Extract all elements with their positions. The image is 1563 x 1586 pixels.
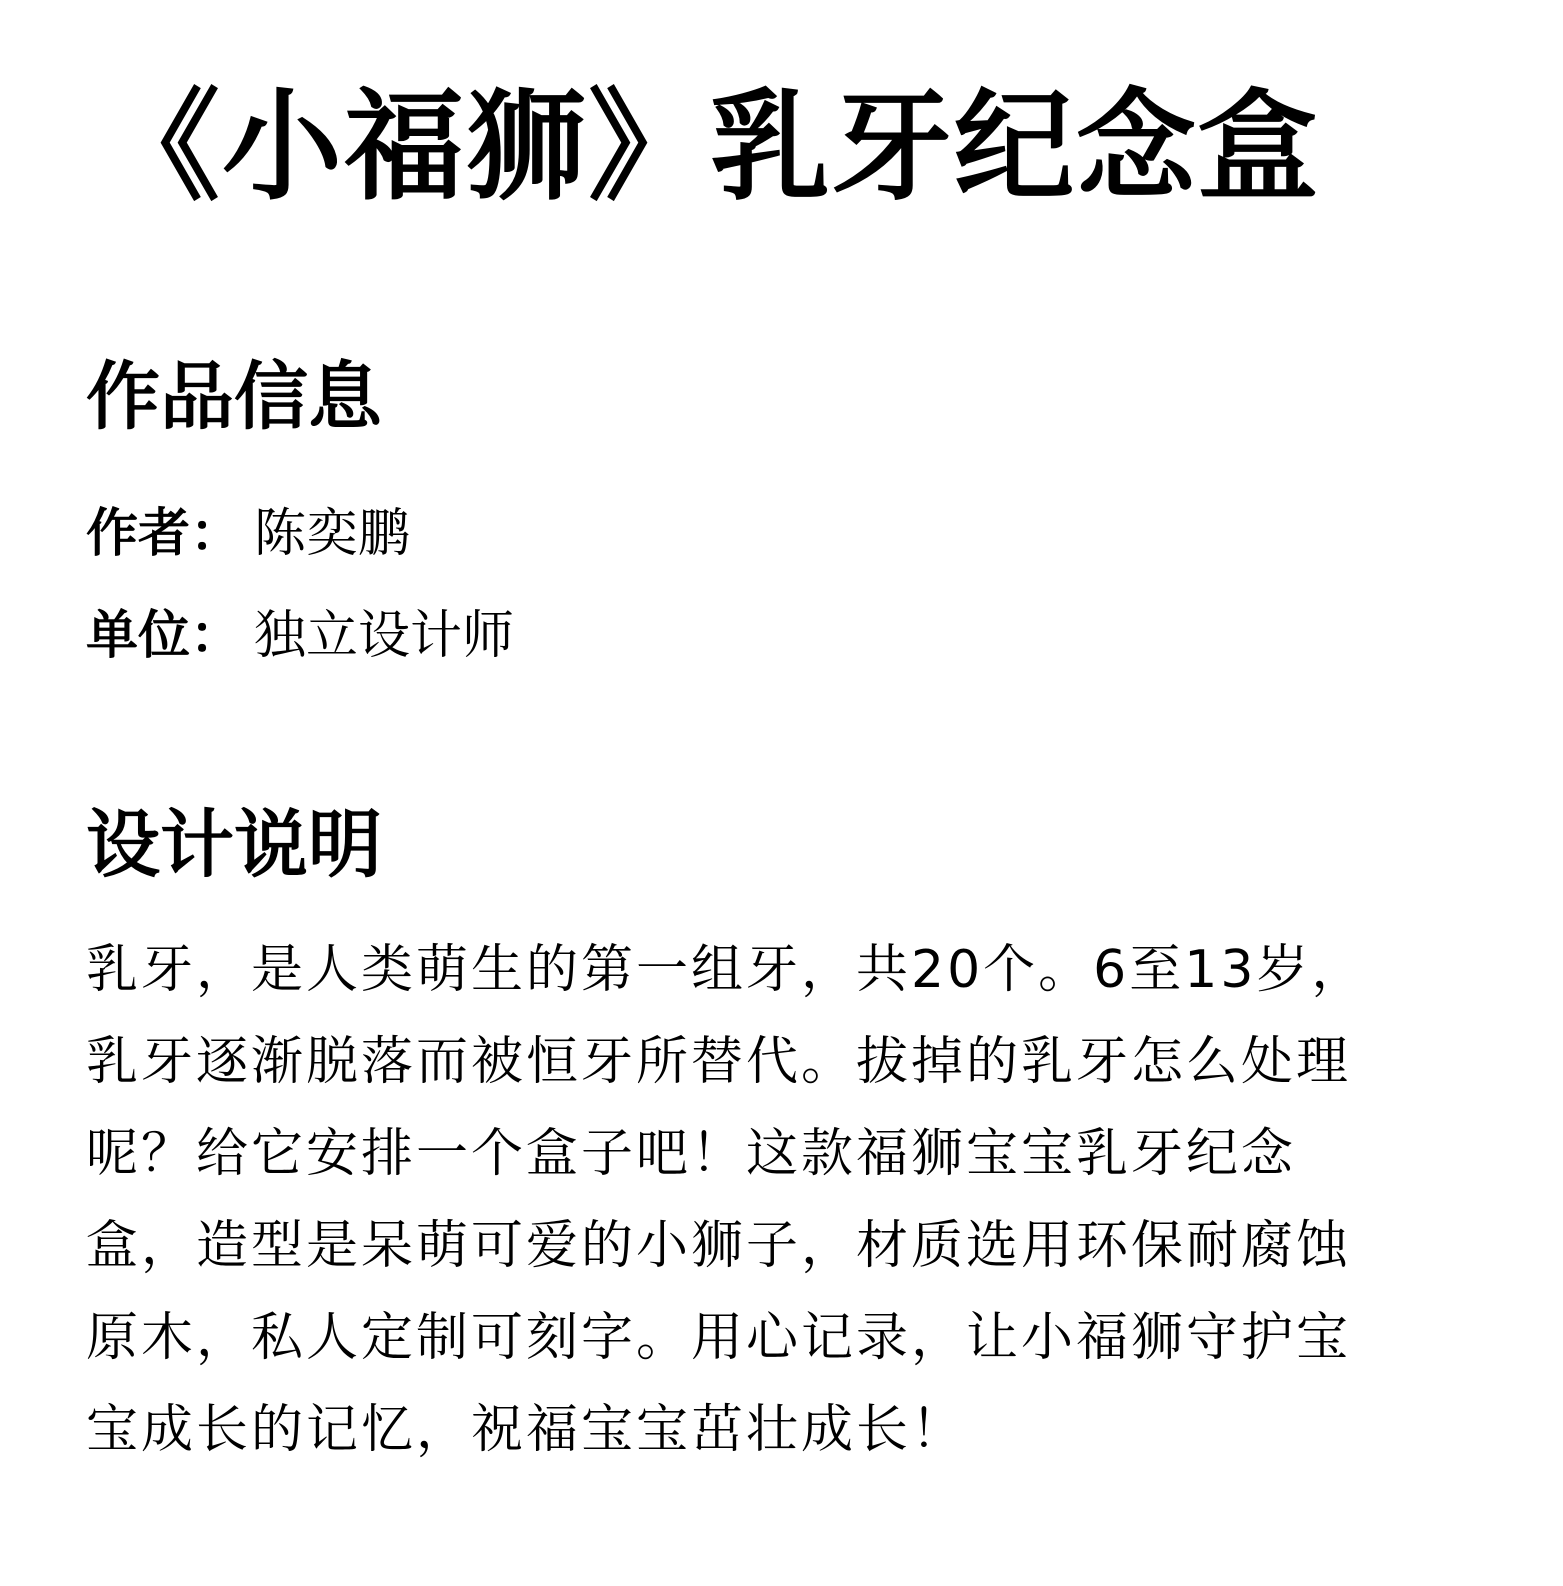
description-line: 乳牙逐渐脱落而被恒牙所替代。拔掉的乳牙怎么处理 — [86, 1016, 1486, 1108]
description-line: 宝成长的记忆，祝福宝宝茁壮成长！ — [86, 1384, 1486, 1476]
organization-row: 单位：独立设计师 — [86, 604, 514, 668]
author-row: 作者：陈奕鹏 — [86, 502, 410, 566]
description-line: 乳牙，是人类萌生的第一组牙，共20个。6至13岁， — [86, 924, 1486, 1016]
organization-label: 单位： — [86, 606, 242, 666]
description-line: 呢？给它安排一个盒子吧！这款福狮宝宝乳牙纪念 — [86, 1108, 1486, 1200]
author-label: 作者： — [86, 504, 242, 564]
description-line: 原木，私人定制可刻字。用心记录，让小福狮守护宝 — [86, 1292, 1486, 1384]
section-heading-work-info: 作品信息 — [86, 352, 382, 442]
design-description-paragraph: 乳牙，是人类萌生的第一组牙，共20个。6至13岁， 乳牙逐渐脱落而被恒牙所替代。… — [86, 924, 1486, 1476]
organization-value: 独立设计师 — [254, 606, 514, 666]
section-heading-design-description: 设计说明 — [86, 800, 382, 890]
description-line: 盒，造型是呆萌可爱的小狮子，材质选用环保耐腐蚀 — [86, 1200, 1486, 1292]
author-value: 陈奕鹏 — [254, 504, 410, 564]
document-title: 《小福狮》乳牙纪念盒 — [100, 78, 1320, 218]
